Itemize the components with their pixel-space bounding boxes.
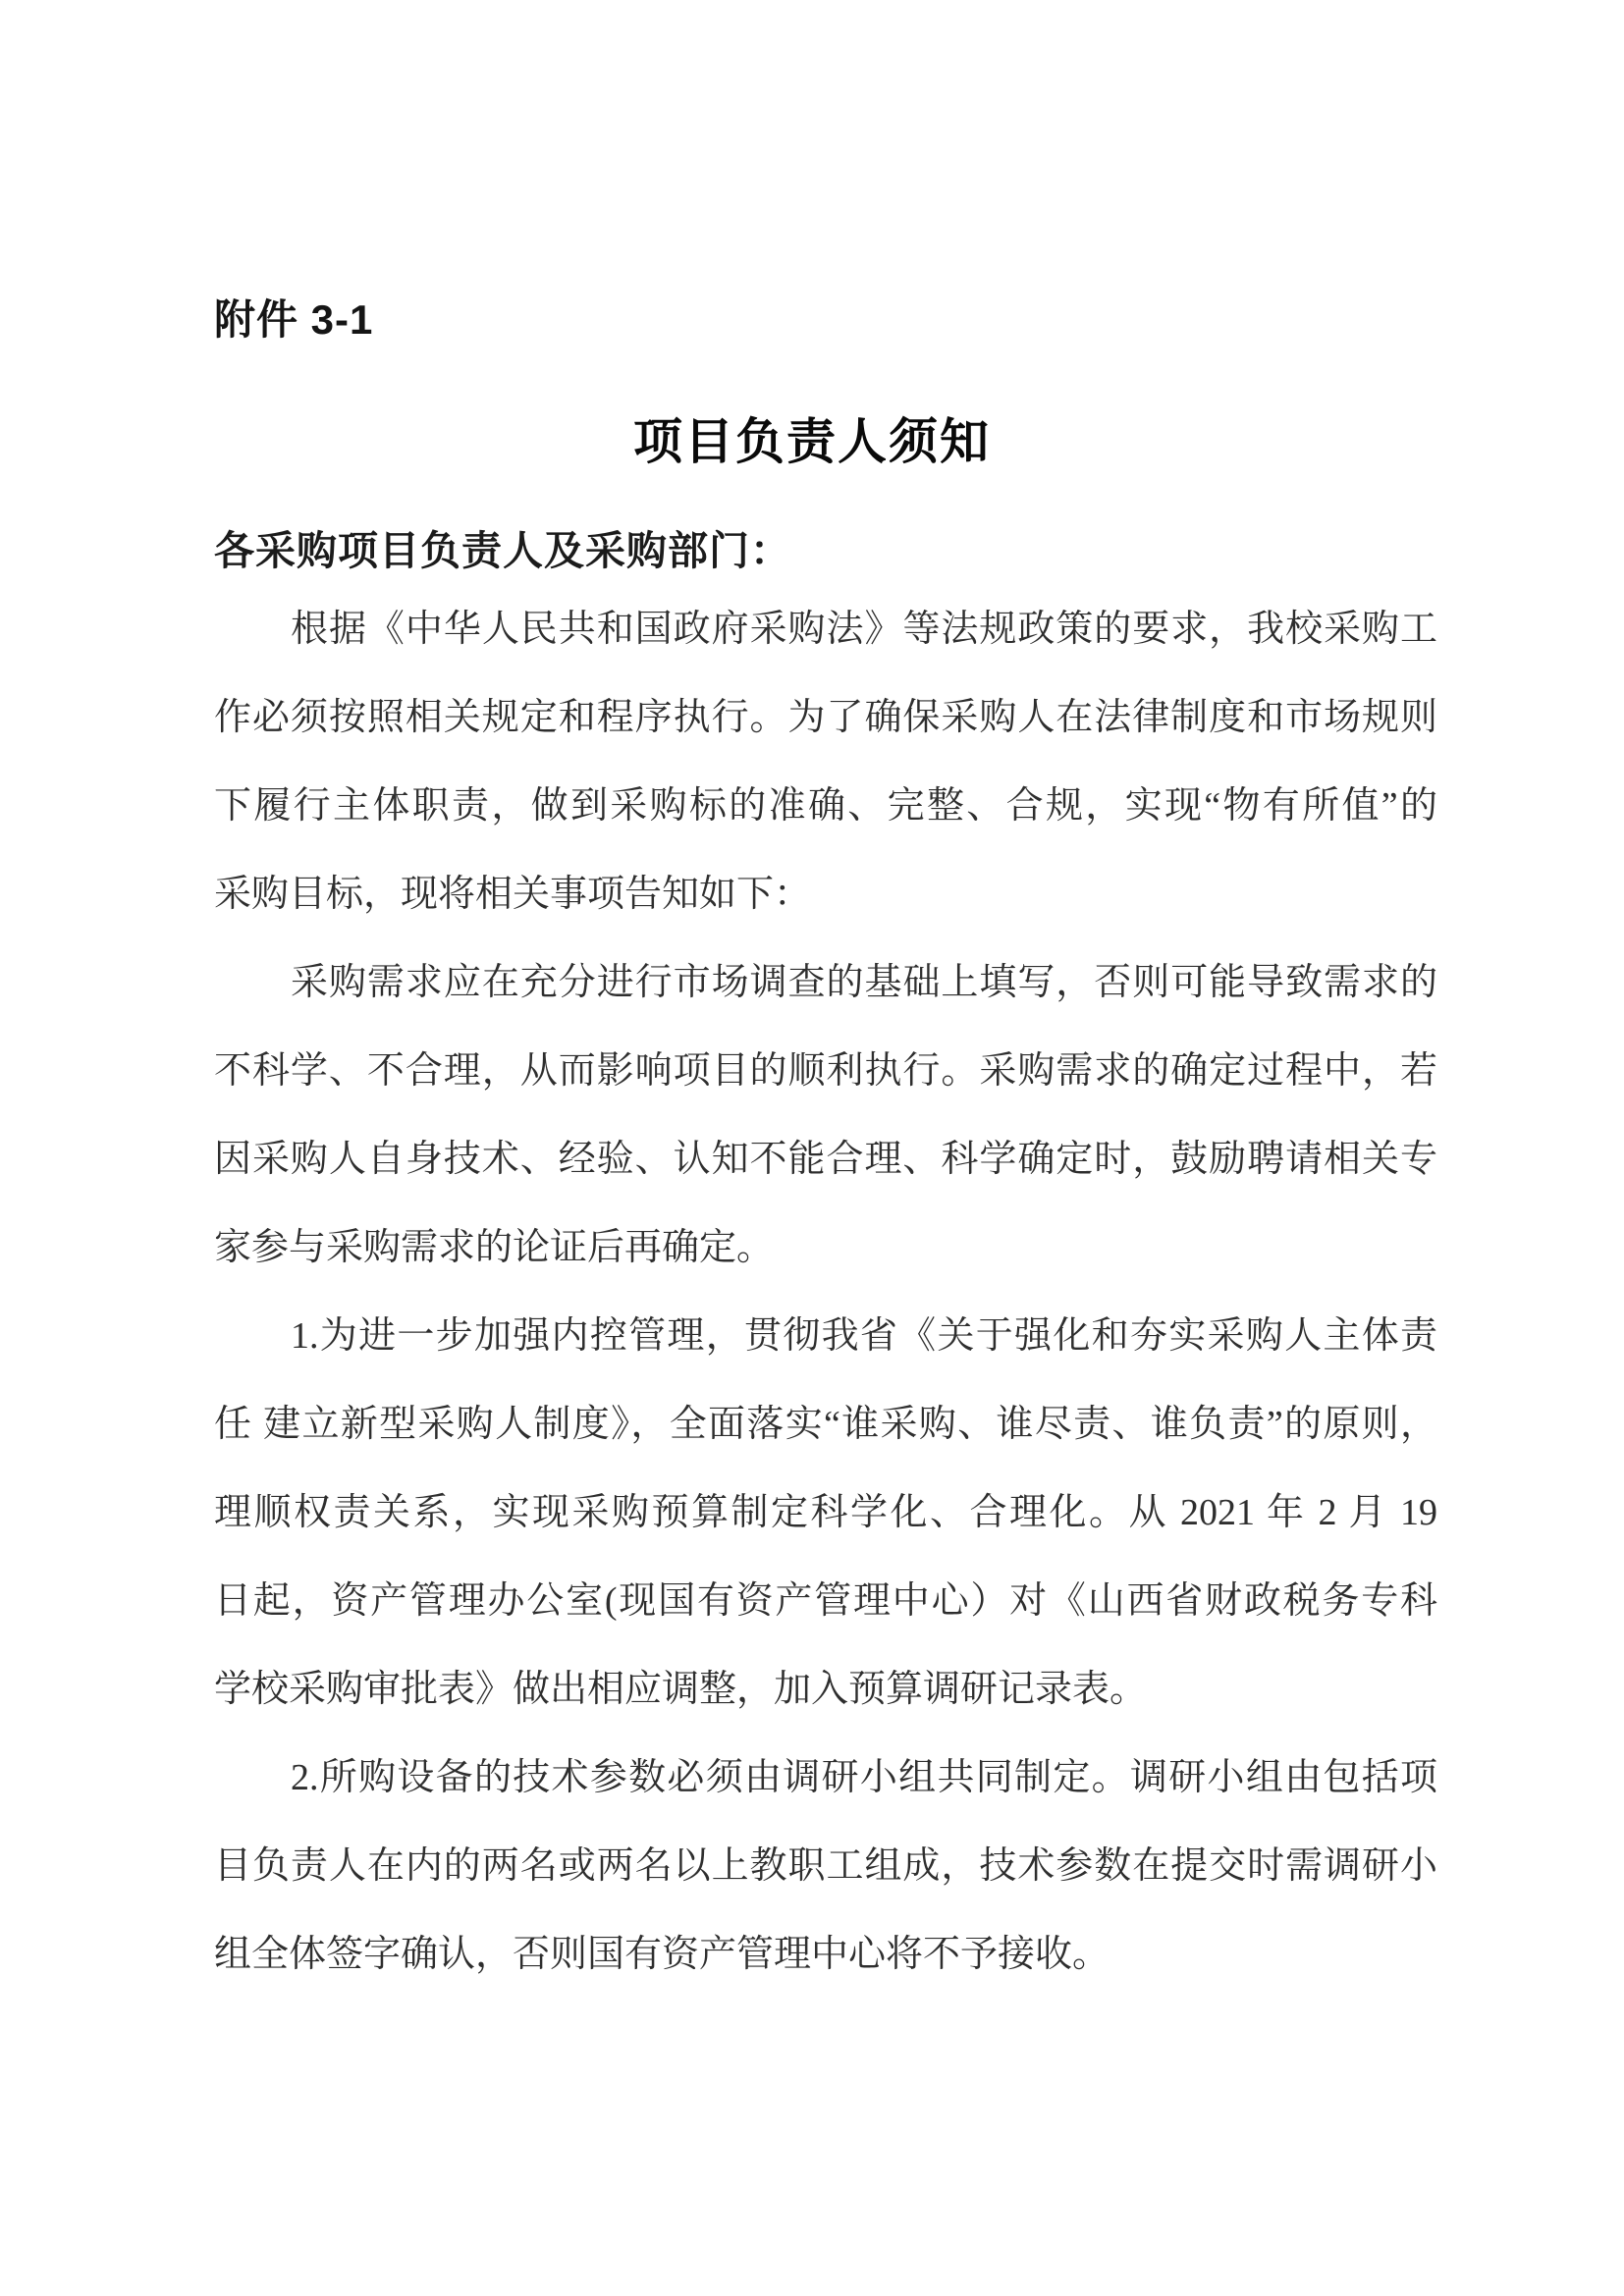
document-page: 附件 3-1 项目负责人须知 各采购项目负责人及采购部门： 根据《中华人民共和国… <box>0 0 1624 2296</box>
body-line: 家参与采购需求的论证后再确定。 <box>214 1203 1437 1292</box>
attachment-label: 附件 3-1 <box>214 288 373 347</box>
body-line: 采购目标，现将相关事项告知如下： <box>214 850 1437 938</box>
body-line: 采购需求应在充分进行市场调查的基础上填写，否则可能导致需求的 <box>214 938 1437 1027</box>
page-title: 项目负责人须知 <box>0 402 1624 473</box>
body-line: 2.所购设备的技术参数必须由调研小组共同制定。调研小组由包括项 <box>214 1734 1437 1822</box>
salutation-line: 各采购项目负责人及采购部门： <box>214 518 791 576</box>
body-line: 1.为进一步加强内控管理，贯彻我省《关于强化和夯实采购人主体责 <box>214 1292 1437 1380</box>
body-line: 学校采购审批表》做出相应调整，加入预算调研记录表。 <box>214 1645 1437 1734</box>
body-line: 任 建立新型采购人制度》，全面落实“谁采购、谁尽责、谁负责”的原则， <box>214 1380 1437 1468</box>
body-line: 组全体签字确认，否则国有资产管理中心将不予接收。 <box>214 1910 1437 1999</box>
body-line: 下履行主体职责，做到采购标的准确、完整、合规，实现“物有所值”的 <box>214 762 1437 850</box>
body-line: 不科学、不合理，从而影响项目的顺利执行。采购需求的确定过程中，若 <box>214 1027 1437 1115</box>
body-line: 根据《中华人民共和国政府采购法》等法规政策的要求，我校采购工 <box>214 585 1437 673</box>
body-line: 理顺权责关系，实现采购预算制定科学化、合理化。从 2021 年 2 月 19 <box>214 1468 1437 1557</box>
body-line: 因采购人自身技术、经验、认知不能合理、科学确定时，鼓励聘请相关专 <box>214 1115 1437 1203</box>
body-line: 目负责人在内的两名或两名以上教职工组成，技术参数在提交时需调研小 <box>214 1822 1437 1910</box>
body-line: 作必须按照相关规定和程序执行。为了确保采购人在法律制度和市场规则 <box>214 673 1437 762</box>
document-body: 根据《中华人民共和国政府采购法》等法规政策的要求，我校采购工作必须按照相关规定和… <box>214 585 1437 1999</box>
body-line: 日起，资产管理办公室(现国有资产管理中心）对《山西省财政税务专科 <box>214 1557 1437 1645</box>
